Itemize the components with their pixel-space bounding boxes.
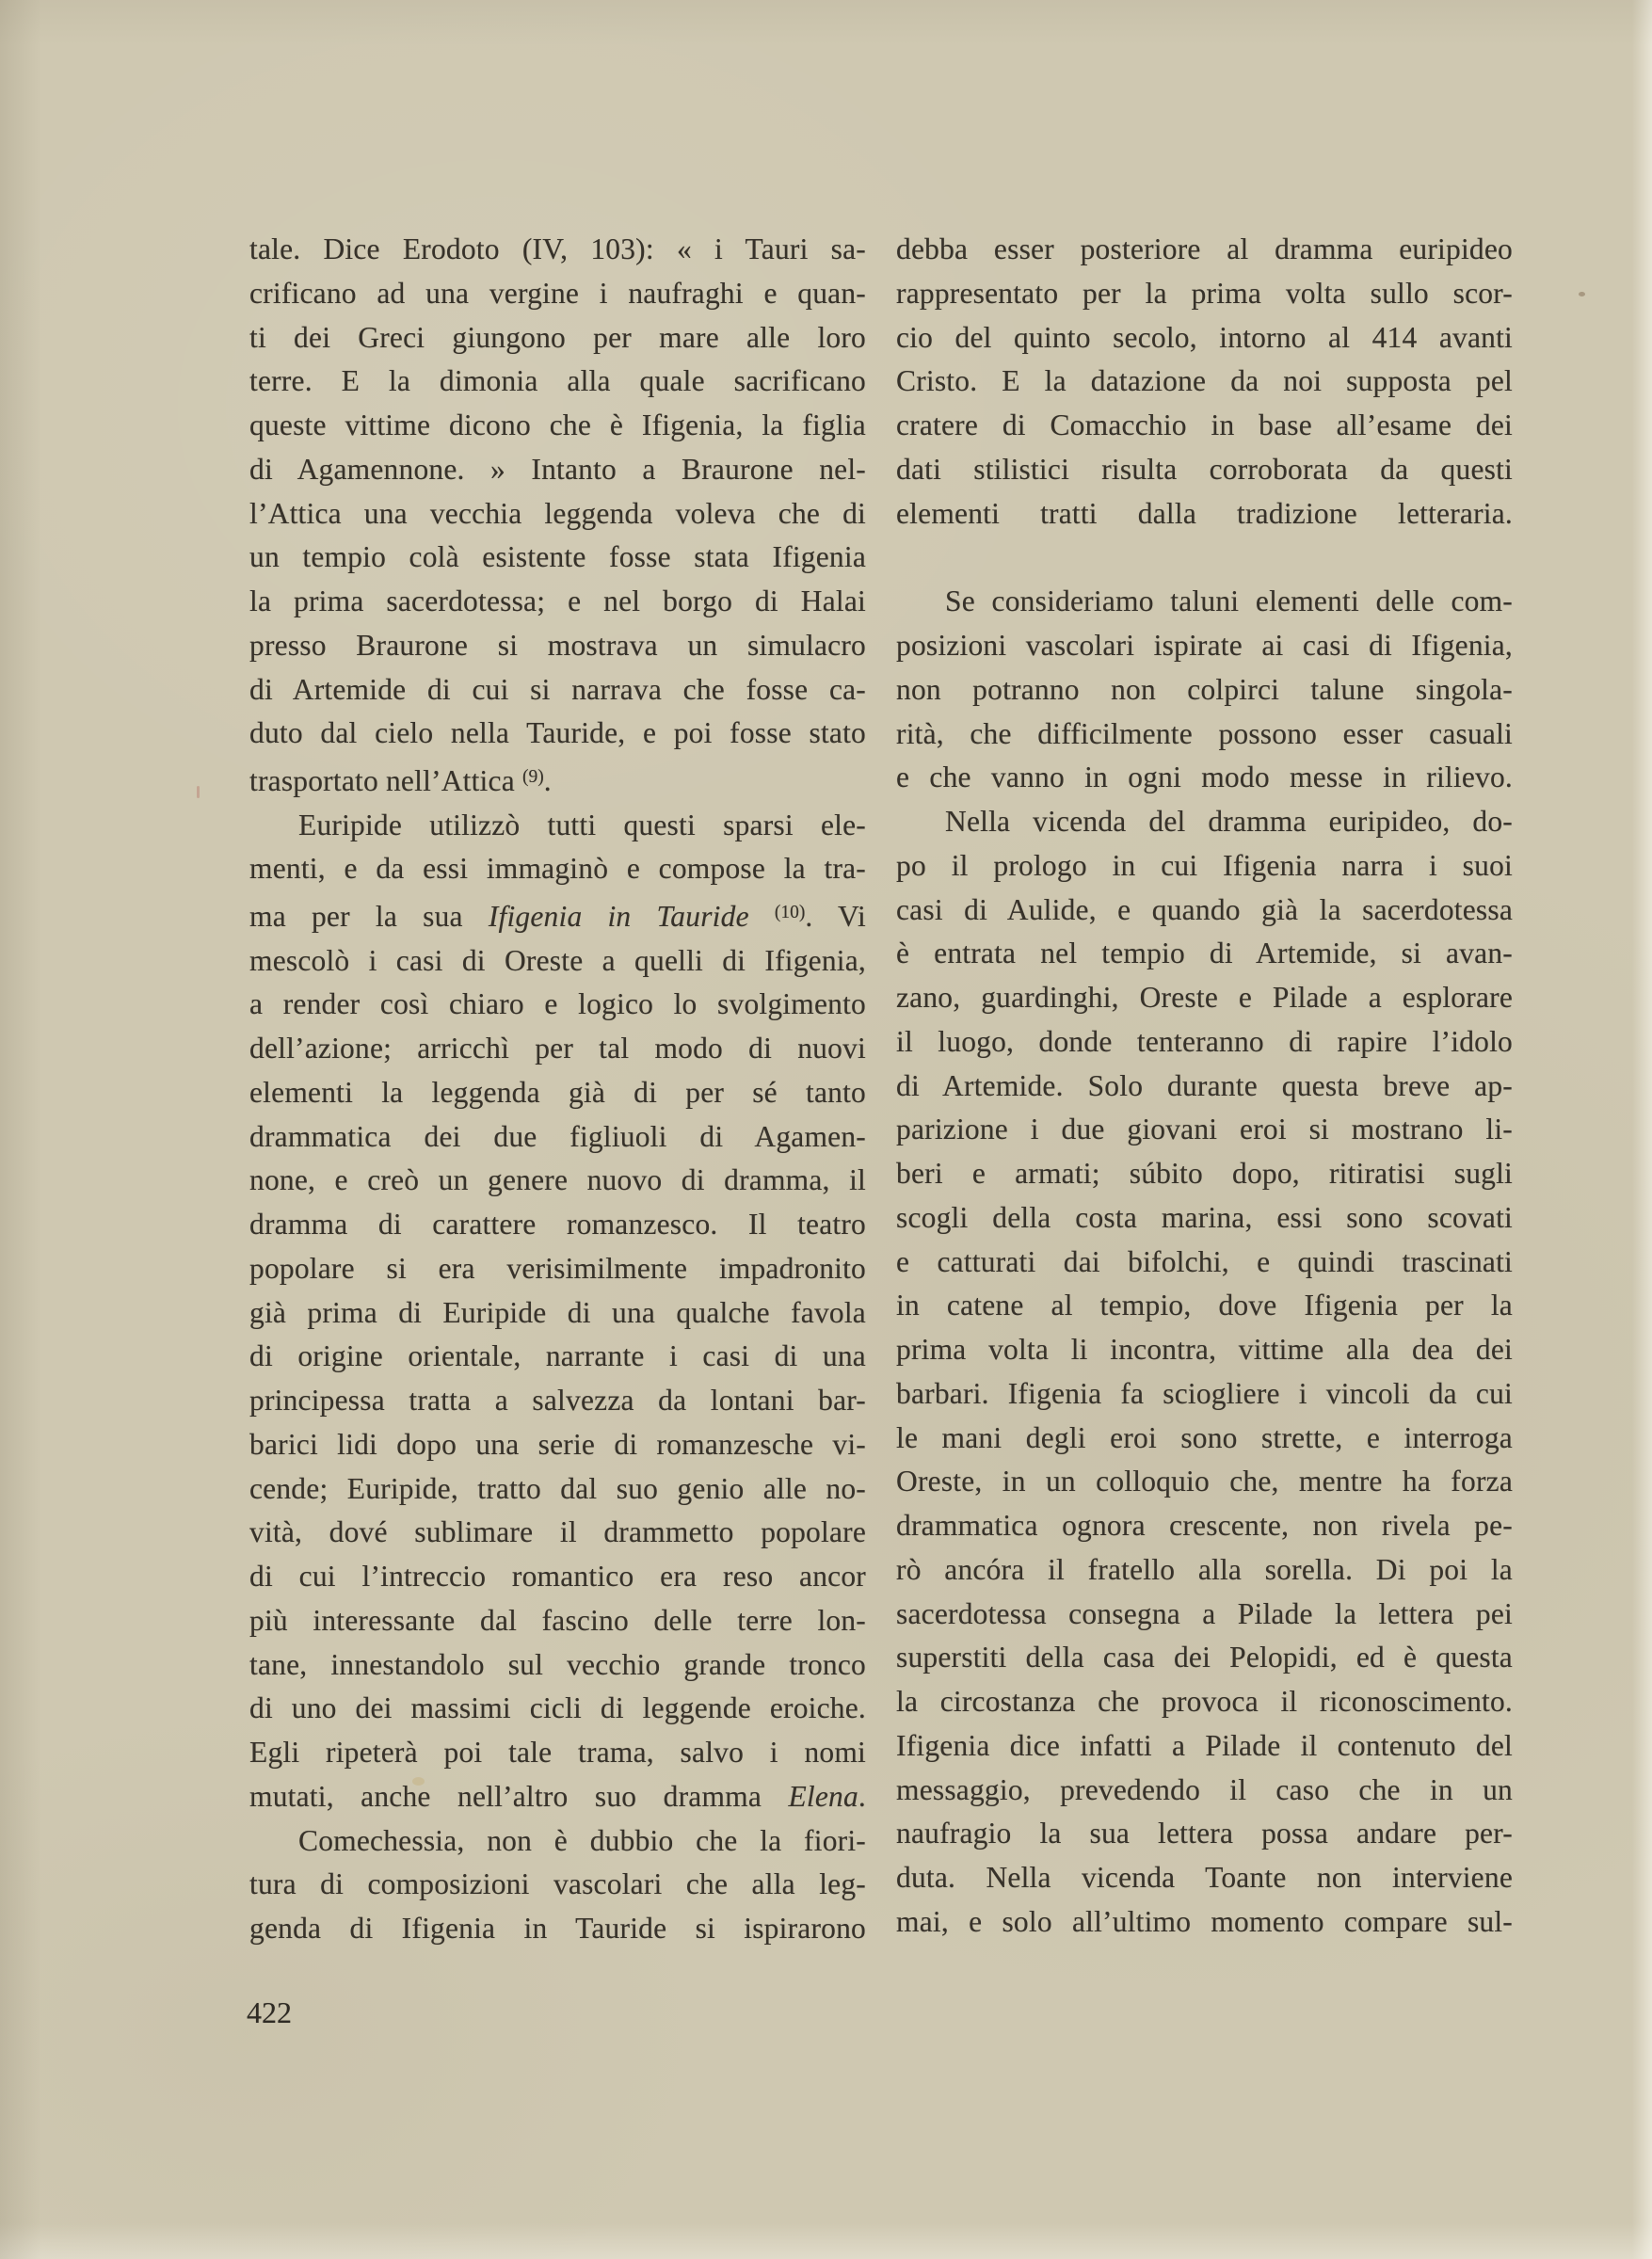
text-segment: Egli ripeterà poi tale trama, salvo i no… [249, 1736, 866, 1769]
text-segment: zano, guardinghi, Oreste e Pilade a espl… [896, 981, 1513, 1014]
text-line: presso Braurone si mostrava un simulacro [249, 624, 866, 668]
text-segment: elementi tratti dalla tradizione lettera… [896, 497, 1513, 530]
text-segment: barici lidi dopo una serie di romanzesch… [249, 1428, 866, 1461]
text-segment: e catturati dai bifolchi, e quindi trasc… [896, 1245, 1513, 1278]
text-segment: messaggio, prevedendo il caso che in un [896, 1773, 1513, 1806]
text-segment: posizioni vascolari ispirate ai casi di … [896, 629, 1513, 662]
text-line: un tempio colà esistente fosse stata Ifi… [249, 536, 866, 580]
text-line: mai, e solo all’ultimo momento compare s… [896, 1900, 1513, 1945]
text-segment: . Vi [805, 900, 866, 933]
text-segment: la prima sacerdotessa; e nel borgo di Ha… [249, 585, 866, 617]
text-line: le mani degli eroi sono strette, e inter… [896, 1417, 1513, 1461]
text-segment: dati stilistici risulta corroborata da q… [896, 453, 1513, 486]
text-segment: scogli della costa marina, essi sono sco… [896, 1201, 1513, 1234]
text-line: scogli della costa marina, essi sono sco… [896, 1196, 1513, 1241]
italic-title-segment: Ifigenia in Tauride [489, 900, 749, 933]
text-line: è entrata nel tempio di Artemide, si ava… [896, 932, 1513, 976]
text-line: vità, dové sublimare il drammetto popola… [249, 1511, 866, 1555]
text-line: elementi la leggenda già di per sé tanto [249, 1071, 866, 1115]
text-line: Ifigenia dice infatti a Pilade il conten… [896, 1724, 1513, 1769]
text-line: di Agamennone. » Intanto a Braurone nel- [249, 448, 866, 492]
text-segment: a render così chiaro e logico lo svolgim… [249, 987, 866, 1020]
text-line: e catturati dai bifolchi, e quindi trasc… [896, 1241, 1513, 1285]
text-line: di origine orientale, narrante i casi di… [249, 1335, 866, 1379]
text-segment: non potranno non colpirci talune singola… [896, 673, 1513, 706]
text-line: crificano ad una vergine i naufraghi e q… [249, 272, 866, 316]
text-line: Se consideriamo taluni elementi delle co… [896, 580, 1513, 624]
page-number: 422 [247, 1994, 292, 2031]
text-segment: superstiti della casa dei Pelopidi, ed è… [896, 1641, 1513, 1674]
text-line: popolare si era verisimilmente impadroni… [249, 1247, 866, 1291]
text-segment: Oreste, in un colloquio che, mentre ha f… [896, 1465, 1513, 1498]
text-segment: . [544, 764, 552, 797]
text-line: none, e creò un genere nuovo di dramma, … [249, 1159, 866, 1203]
text-segment: dramma di carattere romanzesco. Il teatr… [249, 1208, 866, 1241]
text-line: principessa tratta a salvezza da lontani… [249, 1379, 866, 1423]
text-line: Euripide utilizzò tutti questi sparsi el… [249, 804, 866, 848]
text-segment: mutati, anche nell’altro suo dramma [249, 1780, 788, 1813]
text-segment: tale. Dice Erodoto (IV, 103): « i Tauri … [249, 232, 866, 265]
text-segment: mai, e solo all’ultimo momento compare s… [896, 1905, 1513, 1938]
text-segment: debba esser posteriore al dramma euripid… [896, 232, 1513, 265]
italic-title-segment: Elena [788, 1780, 858, 1813]
text-line: ti dei Greci giungono per mare alle loro [249, 316, 866, 360]
text-line: duto dal cielo nella Tauride, e poi foss… [249, 712, 866, 756]
text-line: trasportato nell’Attica (9). [249, 756, 866, 804]
text-segment: drammatica ognora crescente, non rivela … [896, 1509, 1513, 1542]
left-text-column: tale. Dice Erodoto (IV, 103): « i Tauri … [249, 228, 866, 1951]
text-line: Egli ripeterà poi tale trama, salvo i no… [249, 1731, 866, 1775]
text-line: parizione i due giovani eroi si mostrano… [896, 1108, 1513, 1152]
text-line: di uno dei massimi cicli di leggende ero… [249, 1687, 866, 1731]
text-segment: ma per la sua [249, 900, 489, 933]
text-segment: il luogo, donde tenteranno di rapire l’i… [896, 1025, 1513, 1058]
text-line: di Artemide di cui si narrava che fosse … [249, 668, 866, 713]
text-segment: un tempio colà esistente fosse stata Ifi… [249, 540, 866, 573]
text-segment: presso Braurone si mostrava un simulacro [249, 629, 866, 662]
text-segment: rò ancóra il fratello alla sorella. Di p… [896, 1553, 1513, 1586]
text-segment: casi di Aulide, e quando già la sacerdot… [896, 893, 1513, 926]
text-line: posizioni vascolari ispirate ai casi di … [896, 624, 1513, 668]
text-segment: di Artemide. Solo durante questa breve a… [896, 1069, 1513, 1102]
text-segment: le mani degli eroi sono strette, e inter… [896, 1421, 1513, 1454]
text-segment: . [858, 1780, 866, 1813]
text-segment: e che vanno in ogni modo messe in riliev… [896, 761, 1513, 793]
text-line: la circostanza che provoca il riconoscim… [896, 1680, 1513, 1724]
text-line: a render così chiaro e logico lo svolgim… [249, 983, 866, 1027]
text-line: l’Attica una vecchia leggenda voleva che… [249, 492, 866, 537]
text-line: di Artemide. Solo durante questa breve a… [896, 1065, 1513, 1109]
text-segment: prima volta li incontra, vittime alla de… [896, 1333, 1513, 1366]
text-line: ma per la sua Ifigenia in Tauride (10). … [249, 891, 866, 939]
text-line: dell’azione; arricchì per tal modo di nu… [249, 1027, 866, 1071]
text-segment: vità, dové sublimare il drammetto popola… [249, 1515, 866, 1548]
text-segment: Nella vicenda del dramma euripideo, do- [945, 805, 1513, 838]
text-line: zano, guardinghi, Oreste e Pilade a espl… [896, 976, 1513, 1020]
text-line: dati stilistici risulta corroborata da q… [896, 448, 1513, 492]
text-line: rò ancóra il fratello alla sorella. Di p… [896, 1548, 1513, 1593]
text-segment: elementi la leggenda già di per sé tanto [249, 1076, 866, 1109]
text-line: beri e armati; súbito dopo, ritiratisi s… [896, 1152, 1513, 1196]
text-line: già prima di Euripide di una qualche fav… [249, 1291, 866, 1336]
footnote-reference: (9) [522, 767, 544, 787]
text-line: barici lidi dopo una serie di romanzesch… [249, 1423, 866, 1467]
text-line: rappresentato per la prima volta sullo s… [896, 272, 1513, 316]
text-line: Nella vicenda del dramma euripideo, do- [896, 800, 1513, 844]
text-segment: drammatica dei due figliuoli di Agamen- [249, 1120, 866, 1153]
text-line: cratere di Comacchio in base all’esame d… [896, 404, 1513, 448]
text-segment: tura di composizioni vascolari che alla … [249, 1867, 866, 1900]
text-segment: Ifigenia dice infatti a Pilade il conten… [896, 1729, 1513, 1762]
text-line: cende; Euripide, tratto dal suo genio al… [249, 1467, 866, 1512]
text-line: elementi tratti dalla tradizione lettera… [896, 492, 1513, 537]
text-line: Oreste, in un colloquio che, mentre ha f… [896, 1460, 1513, 1504]
text-line: dramma di carattere romanzesco. Il teatr… [249, 1203, 866, 1247]
text-segment: Euripide utilizzò tutti questi sparsi el… [298, 809, 866, 841]
text-segment: Comechessia, non è dubbio che la fiori- [298, 1824, 866, 1857]
text-segment: beri e armati; súbito dopo, ritiratisi s… [896, 1157, 1513, 1190]
paper-fleck [197, 786, 200, 798]
text-segment: di uno dei massimi cicli di leggende ero… [249, 1691, 866, 1724]
text-line: genda di Ifigenia in Tauride si ispiraro… [249, 1907, 866, 1951]
text-line: più interessante dal fascino delle terre… [249, 1599, 866, 1643]
text-line: barbari. Ifigenia fa sciogliere i vincol… [896, 1372, 1513, 1417]
text-segment: trasportato nell’Attica [249, 764, 522, 797]
text-line: in catene al tempio, dove Ifigenia per l… [896, 1284, 1513, 1328]
text-line: mutati, anche nell’altro suo dramma Elen… [249, 1775, 866, 1819]
text-segment: già prima di Euripide di una qualche fav… [249, 1296, 866, 1329]
text-line: di cui l’intreccio romantico era reso an… [249, 1555, 866, 1599]
text-segment: none, e creò un genere nuovo di dramma, … [249, 1163, 866, 1196]
text-line: mescolò i casi di Oreste a quelli di Ifi… [249, 939, 866, 984]
text-line: messaggio, prevedendo il caso che in un [896, 1769, 1513, 1813]
text-segment: duto dal cielo nella Tauride, e poi foss… [249, 716, 866, 749]
text-segment: cratere di Comacchio in base all’esame d… [896, 409, 1513, 441]
text-line: menti, e da essi immaginò e compose la t… [249, 847, 866, 891]
text-segment: parizione i due giovani eroi si mostrano… [896, 1113, 1513, 1146]
text-line: duta. Nella vicenda Toante non intervien… [896, 1856, 1513, 1900]
text-line: debba esser posteriore al dramma euripid… [896, 228, 1513, 272]
text-segment: cio del quinto secolo, intorno al 414 av… [896, 321, 1513, 354]
text-line: tane, innestandolo sul vecchio grande tr… [249, 1643, 866, 1688]
text-segment: la circostanza che provoca il riconoscim… [896, 1685, 1513, 1718]
book-page: tale. Dice Erodoto (IV, 103): « i Tauri … [0, 0, 1652, 2259]
text-segment: queste vittime dicono che è Ifigenia, la… [249, 409, 866, 441]
text-line: tale. Dice Erodoto (IV, 103): « i Tauri … [249, 228, 866, 272]
text-line: prima volta li incontra, vittime alla de… [896, 1328, 1513, 1372]
text-segment: ti dei Greci giungono per mare alle loro [249, 321, 866, 354]
text-line: il luogo, donde tenteranno di rapire l’i… [896, 1020, 1513, 1065]
text-line: rità, che difficilmente possono esser ca… [896, 713, 1513, 757]
text-segment: rappresentato per la prima volta sullo s… [896, 277, 1513, 310]
text-segment: l’Attica una vecchia leggenda voleva che… [249, 497, 866, 530]
text-line: superstiti della casa dei Pelopidi, ed è… [896, 1636, 1513, 1680]
text-segment: Cristo. E la datazione da noi supposta p… [896, 364, 1513, 397]
text-line: cio del quinto secolo, intorno al 414 av… [896, 316, 1513, 360]
text-segment: terre. E la dimonia alla quale sacrifica… [249, 364, 866, 397]
text-segment: dell’azione; arricchì per tal modo di nu… [249, 1032, 866, 1065]
text-segment: genda di Ifigenia in Tauride si ispiraro… [249, 1912, 866, 1945]
text-segment: di cui l’intreccio romantico era reso an… [249, 1560, 866, 1593]
text-line: non potranno non colpirci talune singola… [896, 668, 1513, 713]
text-segment: in catene al tempio, dove Ifigenia per l… [896, 1289, 1513, 1322]
text-segment: po il prologo in cui Ifigenia narra i su… [896, 849, 1513, 882]
text-line: drammatica dei due figliuoli di Agamen- [249, 1115, 866, 1160]
text-line: drammatica ognora crescente, non rivela … [896, 1504, 1513, 1548]
text-segment: rità, che difficilmente possono esser ca… [896, 717, 1513, 750]
text-line: casi di Aulide, e quando già la sacerdot… [896, 889, 1513, 933]
text-line: e che vanno in ogni modo messe in riliev… [896, 756, 1513, 800]
text-line: sacerdotessa consegna a Pilade la letter… [896, 1593, 1513, 1637]
text-line: Comechessia, non è dubbio che la fiori- [249, 1819, 866, 1864]
text-line: la prima sacerdotessa; e nel borgo di Ha… [249, 580, 866, 624]
text-segment [749, 900, 775, 933]
text-segment: Se consideriamo taluni elementi delle co… [945, 585, 1513, 617]
text-line: naufragio la sua lettera possa andare pe… [896, 1812, 1513, 1856]
text-line: po il prologo in cui Ifigenia narra i su… [896, 844, 1513, 889]
paper-speck [1579, 292, 1585, 296]
text-segment: di origine orientale, narrante i casi di… [249, 1339, 866, 1372]
footnote-reference: (10) [775, 903, 806, 922]
text-segment: duta. Nella vicenda Toante non intervien… [896, 1861, 1513, 1894]
text-segment: di Agamennone. » Intanto a Braurone nel- [249, 453, 866, 486]
text-segment: popolare si era verisimilmente impadroni… [249, 1252, 866, 1285]
text-line: terre. E la dimonia alla quale sacrifica… [249, 360, 866, 404]
text-segment: menti, e da essi immaginò e compose la t… [249, 852, 866, 885]
text-line: tura di composizioni vascolari che alla … [249, 1863, 866, 1907]
text-segment: di Artemide di cui si narrava che fosse … [249, 673, 866, 706]
text-segment: tane, innestandolo sul vecchio grande tr… [249, 1648, 866, 1681]
text-segment: barbari. Ifigenia fa sciogliere i vincol… [896, 1377, 1513, 1410]
text-segment: è entrata nel tempio di Artemide, si ava… [896, 937, 1513, 969]
text-segment: naufragio la sua lettera possa andare pe… [896, 1817, 1513, 1850]
text-segment: crificano ad una vergine i naufraghi e q… [249, 277, 866, 310]
text-segment: principessa tratta a salvezza da lontani… [249, 1384, 866, 1417]
right-text-column: debba esser posteriore al dramma euripid… [896, 228, 1513, 1945]
text-segment: mescolò i casi di Oreste a quelli di Ifi… [249, 944, 866, 977]
text-line: Cristo. E la datazione da noi supposta p… [896, 360, 1513, 404]
text-line: queste vittime dicono che è Ifigenia, la… [249, 404, 866, 448]
text-segment: sacerdotessa consegna a Pilade la letter… [896, 1597, 1513, 1630]
text-segment: cende; Euripide, tratto dal suo genio al… [249, 1472, 866, 1505]
text-segment: più interessante dal fascino delle terre… [249, 1604, 866, 1637]
paper-stain [412, 1777, 425, 1786]
